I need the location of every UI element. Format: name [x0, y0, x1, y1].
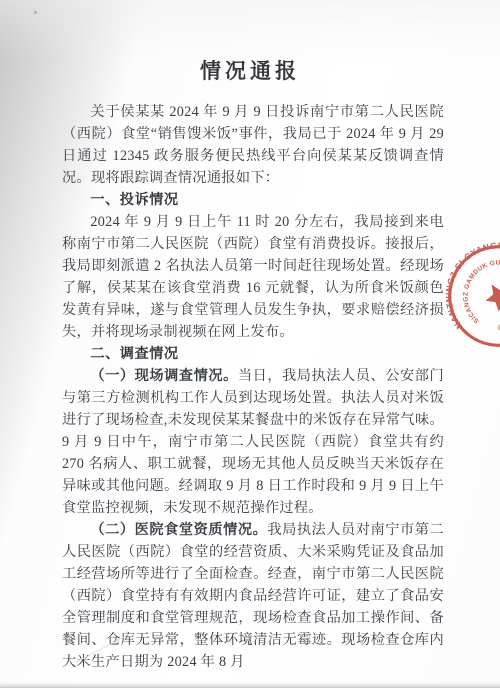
document-body: 关于侯某某 2024 年 9 月 9 日投诉南宁市第二人民医院（西院）食堂“销售…	[62, 101, 444, 673]
document-title: 情况通报	[0, 55, 500, 85]
paragraph: 2024 年 9 月 9 日上午 11 时 20 分左右，我局接到来电称南宁市第…	[62, 211, 444, 343]
scanned-document-page: 情况通报 关于侯某某 2024 年 9 月 9 日投诉南宁市第二人民医院（西院）…	[0, 0, 500, 688]
paragraph-lead: （二）医院食堂资质情况。	[90, 522, 267, 538]
section-heading: 二、调查情况	[62, 343, 444, 365]
paragraph: （一）现场调查情况。当日，我局执法人员、公安部门与第三方检测机构工作人员到达现场…	[62, 365, 444, 519]
official-seal: NANZNINGZ SI GYANGHNANZ GIH SICANGZ GAMD…	[436, 233, 500, 359]
seal-ink-smudge	[496, 321, 500, 332]
paragraph: （二）医院食堂资质情况。我局执法人员对南宁市第二人民医院（西院）食堂的经营资质、…	[62, 519, 444, 673]
page-bottom-edge	[0, 682, 500, 688]
seal-group: NANZNINGZ SI GYANGHNANZ GIH SICANGZ GAMD…	[436, 233, 500, 359]
paragraph: 关于侯某某 2024 年 9 月 9 日投诉南宁市第二人民医院（西院）食堂“销售…	[62, 101, 444, 189]
paragraph-lead: （一）现场调查情况。	[90, 368, 237, 384]
scan-speck	[34, 11, 37, 14]
section-heading: 一、投诉情况	[62, 189, 444, 211]
seal-star-icon	[480, 277, 500, 314]
page-number: 1	[0, 637, 500, 648]
